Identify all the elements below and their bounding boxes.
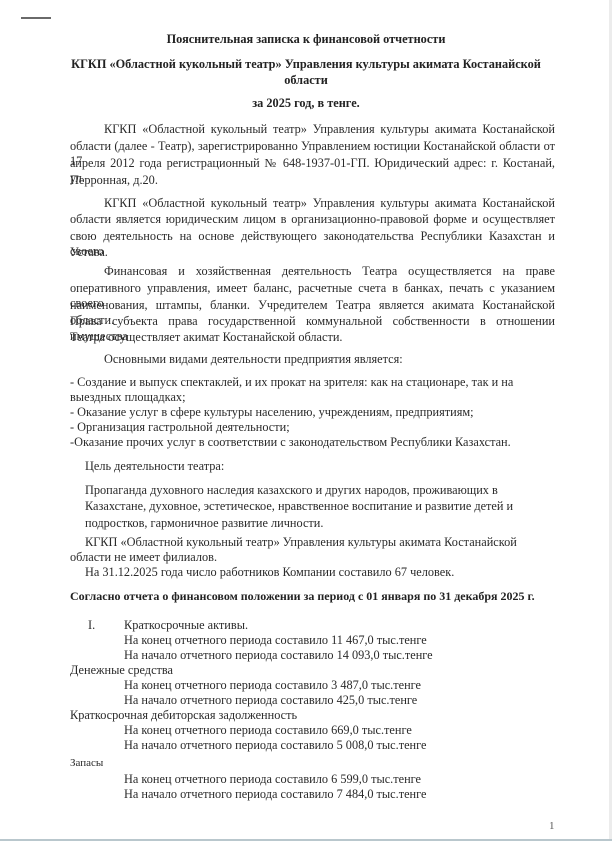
value-end-period: На конец отчетного периода составило 6 5…	[124, 772, 421, 787]
value-start-period: На начало отчетного периода составило 5 …	[124, 738, 426, 753]
page-number: 1	[549, 820, 555, 832]
value-end-period: На конец отчетного периода составило 3 4…	[124, 678, 421, 693]
value-end-period: На конец отчетного периода составило 11 …	[124, 633, 427, 648]
paragraph-legal-status: КГКП «Областной кукольный театр» Управле…	[104, 196, 555, 211]
activity-item: - Организация гастрольной деятельности;	[70, 420, 290, 435]
item-label-current-assets: Краткосрочные активы.	[124, 618, 248, 633]
paragraph-legal-status: свою деятельность на основе действующего…	[70, 229, 555, 259]
document-title: Пояснительная записка к финансовой отчет…	[0, 32, 612, 47]
scan-mark	[21, 17, 51, 19]
branches-text: области не имеет филиалов.	[70, 550, 217, 565]
activities-intro: Основными видами деятельности предприяти…	[104, 352, 403, 367]
document-page: Пояснительная записка к финансовой отчет…	[0, 0, 612, 841]
goal-label: Цель деятельности театра:	[85, 459, 224, 474]
activity-item: - Оказание услуг в сфере культуры населе…	[70, 405, 474, 420]
activity-item: выездных площадках;	[70, 390, 186, 405]
item-label-inventory: Запасы	[70, 756, 103, 771]
goal-text: подростков, гармоничное развитие личност…	[85, 516, 323, 531]
activity-item: - Создание и выпуск спектаклей, и их про…	[70, 375, 513, 390]
item-label-receivables: Краткосрочная дебиторская задолженность	[70, 708, 297, 723]
paragraph-operations: Финансовая и хозяйственная деятельность …	[104, 264, 555, 279]
employees-count: На 31.12.2025 года число работников Комп…	[85, 565, 454, 580]
item-label-cash: Денежные средства	[70, 663, 173, 678]
paragraph-registration: КГКП «Областной кукольный театр» Управле…	[104, 122, 555, 137]
report-period: за 2025 год, в тенге.	[0, 96, 612, 111]
organization-name-line2: области	[0, 73, 612, 88]
paragraph-operations: Театра осуществляет акимат Костанайской …	[70, 330, 343, 345]
activity-item: -Оказание прочих услуг в соответствии с …	[70, 435, 511, 450]
financial-heading: Согласно отчета о финансовом положении з…	[70, 589, 535, 604]
section-numeral: I.	[88, 618, 95, 633]
paragraph-legal-status: Устава.	[70, 245, 108, 260]
organization-name-line1: КГКП «Областной кукольный театр» Управле…	[0, 57, 612, 72]
branches-text: КГКП «Областной кукольный театр» Управле…	[85, 535, 517, 550]
paragraph-registration: Перронная, д.20.	[70, 173, 158, 188]
value-start-period: На начало отчетного периода составило 42…	[124, 693, 417, 708]
value-start-period: На начало отчетного периода составило 14…	[124, 648, 433, 663]
value-end-period: На конец отчетного периода составило 669…	[124, 723, 412, 738]
goal-text: Пропаганда духовного наследия казахского…	[85, 483, 498, 498]
goal-text: Казахстане, духовное, эстетическое, нрав…	[85, 499, 513, 514]
value-start-period: На начало отчетного периода составило 7 …	[124, 787, 426, 802]
paragraph-legal-status: области является юридическим лицом в орг…	[70, 212, 555, 227]
